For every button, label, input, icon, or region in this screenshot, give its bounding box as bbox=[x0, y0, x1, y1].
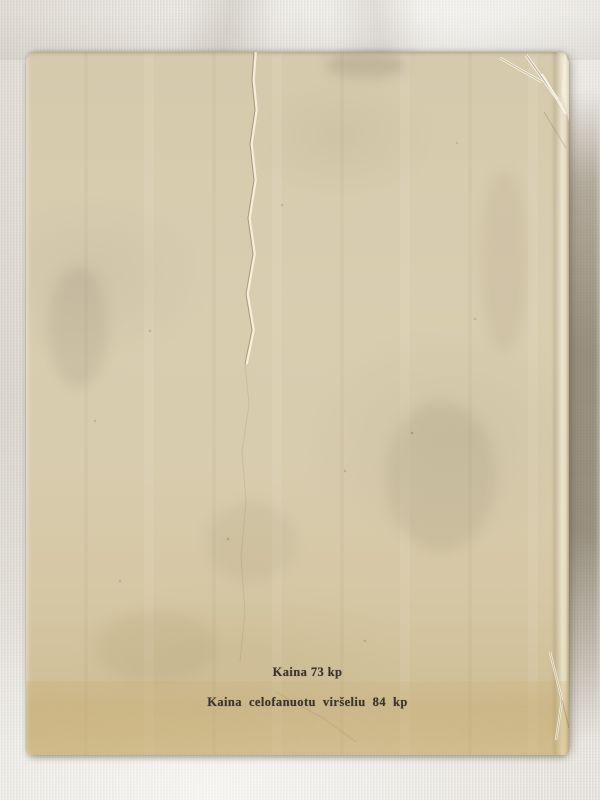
stain-spot bbox=[48, 267, 108, 387]
vertical-crease bbox=[26, 52, 569, 755]
price-line-2: Kaina celofanuotu viršeliu 84 kp bbox=[36, 694, 579, 710]
price-line-1: Kaina 73 kp bbox=[36, 664, 579, 680]
stain-spot bbox=[326, 52, 406, 78]
stain-spot bbox=[481, 172, 527, 352]
cover-right-fold-edge bbox=[551, 52, 569, 755]
stain-spot bbox=[206, 502, 296, 582]
top-right-corner-crease bbox=[26, 52, 569, 755]
book-back-cover: Kaina 73 kp Kaina celofanuotu viršeliu 8… bbox=[26, 52, 569, 755]
photo-background: Kaina 73 kp Kaina celofanuotu viršeliu 8… bbox=[0, 0, 600, 800]
price-text-block: Kaina 73 kp Kaina celofanuotu viršeliu 8… bbox=[36, 664, 579, 710]
foxing-specks bbox=[26, 52, 28, 54]
stain-spot bbox=[386, 402, 496, 552]
bottom-right-corner-crease bbox=[26, 52, 569, 755]
